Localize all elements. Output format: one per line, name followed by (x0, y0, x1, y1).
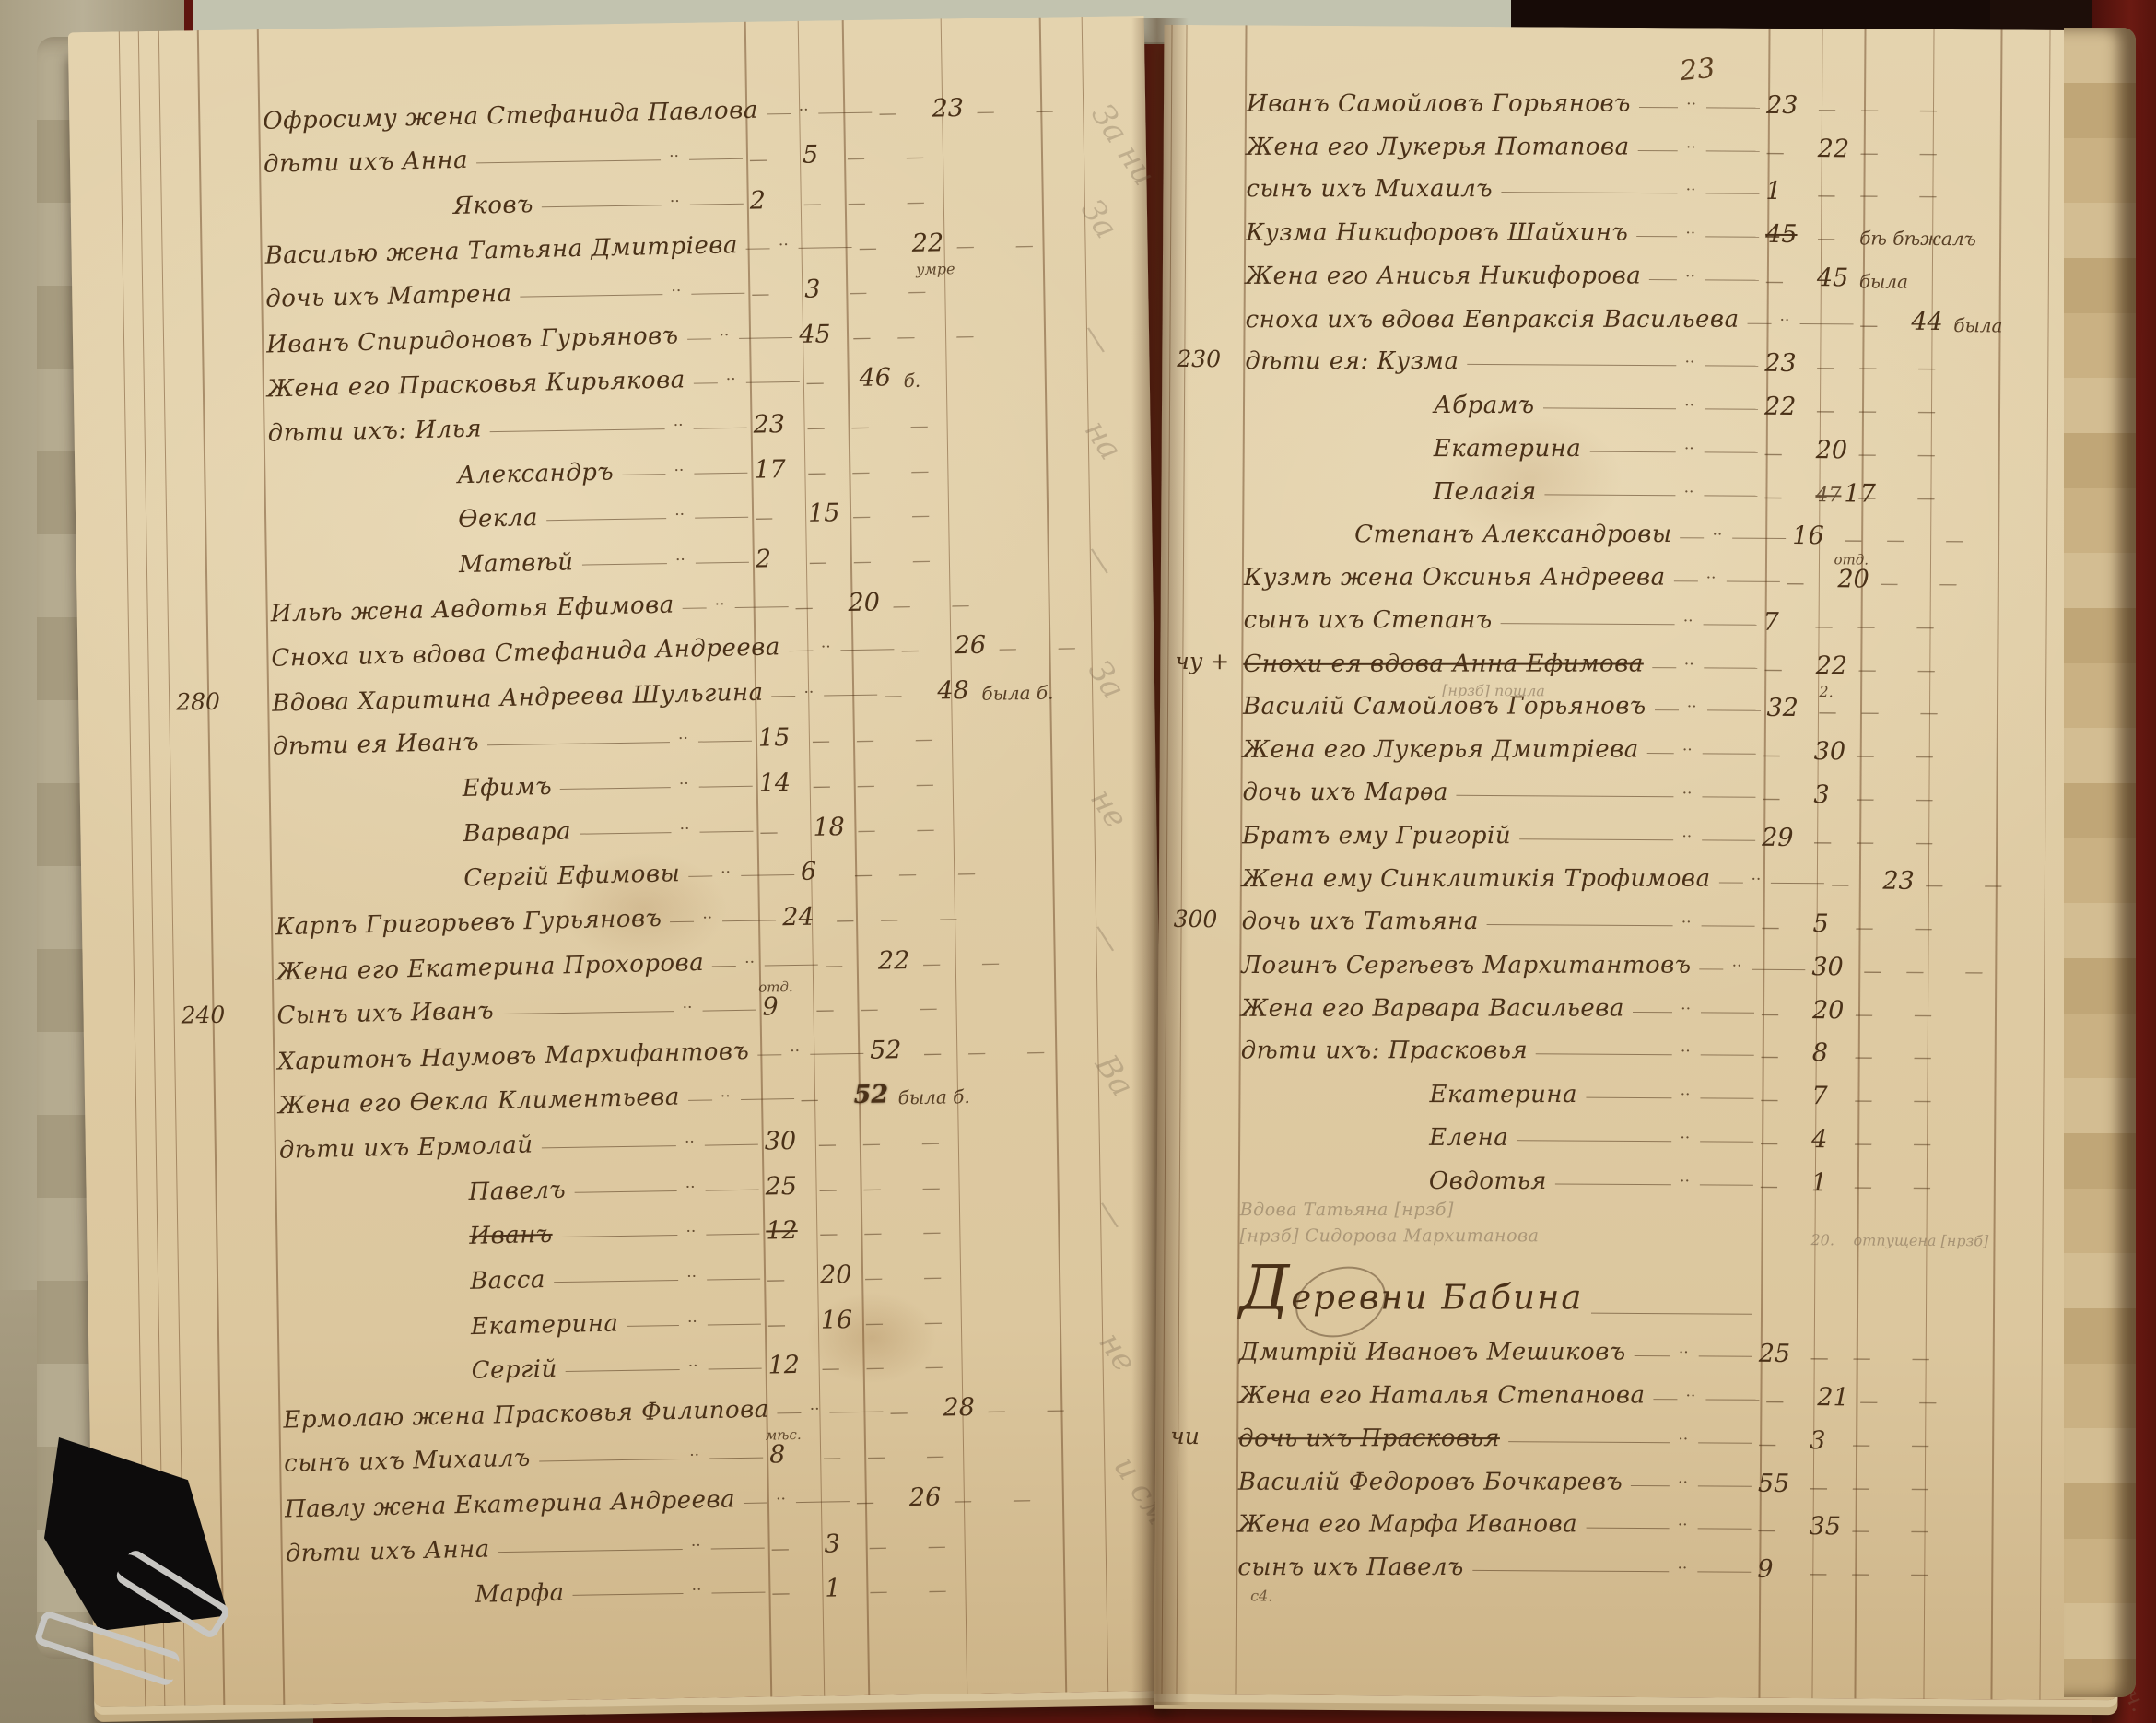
empty-cell-dash: — (976, 100, 994, 122)
dash-leader (1701, 1055, 1754, 1056)
dash-leader (1631, 1484, 1670, 1485)
empty-cell-dash: — (1762, 916, 1780, 938)
entry-name: Иванъ (469, 1221, 553, 1250)
ditto-dots: ·· (1732, 956, 1742, 975)
age-value: 29 (1762, 823, 1794, 851)
remark-cell: —— (862, 1174, 1060, 1204)
age-male-cell: — (767, 1312, 821, 1341)
age-value: 9 (762, 992, 779, 1021)
empty-cell-dash: — (1919, 99, 1938, 121)
empty-cell-dash: — (1035, 99, 1053, 121)
empty-cell-dash: — (1984, 874, 2002, 897)
dash-leader (1647, 753, 1674, 754)
empty-cell-dash: — (957, 861, 976, 884)
dash-leader (1700, 1141, 1753, 1142)
empty-cell-dash: — (767, 1313, 786, 1335)
age-value: 3 (1813, 780, 1829, 809)
empty-cell-dash: — (771, 1537, 790, 1559)
age-value: 52 (870, 1036, 902, 1065)
age-value: 46 (859, 364, 891, 393)
empty-cell-dash: — (805, 371, 824, 393)
empty-cell-dash: — (1911, 1519, 1929, 1541)
remark-cell: —— (1925, 873, 2063, 902)
dash-leader (706, 1189, 759, 1190)
ditto-dots: ·· (1751, 871, 1761, 889)
entry-name: Кузмѣ жена Оксинья Андреева (1244, 564, 1666, 592)
ditto-dots: ·· (1780, 311, 1790, 329)
dash-leader (1501, 192, 1678, 193)
remark-cell: —— (863, 1219, 1060, 1249)
entry-name: дѣти ихъ: Илья (267, 415, 482, 447)
ditto-dots: ·· (803, 683, 814, 701)
age-value: 28 (943, 1393, 975, 1423)
empty-cell-dash: — (1852, 1476, 1870, 1498)
entry-name-cell: дѣти ея: Кузма·· (1245, 347, 1764, 383)
age-male-cell: — (767, 1268, 820, 1296)
dash-leader (705, 1144, 758, 1146)
age-male-cell: — (801, 1087, 854, 1116)
dash-leader (739, 337, 792, 339)
empty-cell-dash: — (1918, 1390, 1937, 1412)
dash-leader (1705, 451, 1758, 452)
age-female-cell: — (836, 908, 880, 936)
ditto-dots: ·· (821, 638, 831, 656)
age-value: 6 (801, 858, 817, 886)
ditto-dots: ·· (721, 1088, 731, 1107)
empty-cell-dash: — (906, 146, 924, 168)
age-male-cell: — (771, 1581, 825, 1610)
empty-cell-dash: — (821, 1356, 839, 1378)
age-value: 8 (1812, 1038, 1828, 1067)
ditto-dots: ·· (1684, 396, 1694, 415)
empty-cell-dash: — (1046, 1398, 1064, 1420)
ditto-dots: ·· (1684, 655, 1694, 674)
entry-name: Жена его Лукерья Дмитріева (1243, 735, 1639, 763)
empty-cell-dash: — (1758, 1433, 1776, 1455)
age-female-cell: 21 (1817, 1383, 1859, 1417)
entry-name: дѣти ихъ Анна (285, 1535, 490, 1567)
age-value: 45 (1817, 264, 1849, 292)
age-female-cell: — (823, 1446, 867, 1474)
ledger-row: 230дѣти ея: Кузма··23——— (1171, 336, 2047, 385)
entry-name: дочь ихъ Матрена (265, 280, 512, 313)
age-male-cell: 30 (1811, 953, 1863, 987)
empty-cell-dash: — (1856, 916, 1874, 938)
entry-name: Матвѣй (459, 548, 574, 579)
dash-leader (1698, 1485, 1752, 1486)
age-male-cell: — (1758, 1433, 1810, 1460)
ditto-dots: ·· (671, 282, 681, 300)
empty-cell-dash: — (1914, 1046, 1932, 1068)
entry-name: Снохи ея вдова Анна Ефимова (1243, 650, 1644, 677)
empty-cell-dash: — (825, 954, 843, 976)
entry-name: Павелъ (468, 1176, 566, 1205)
remark-cell: —— (862, 1130, 1060, 1160)
age-value: 22 (1818, 135, 1850, 163)
entry-name-cell: Жена его Марфа Иванова·· (1237, 1510, 1757, 1546)
empty-cell-dash: — (1765, 270, 1784, 292)
dash-leader (699, 786, 753, 788)
remark-cell: —— (956, 231, 1154, 262)
empty-cell-dash: — (1761, 1002, 1779, 1024)
remark-cell: —— (1886, 529, 2024, 557)
entry-name-cell: Снохи ея вдова Анна Ефимова·· (1243, 649, 1764, 685)
empty-cell-dash: — (1809, 1562, 1827, 1584)
entry-name: Жена его Ѳекла Климентьева (278, 1084, 680, 1120)
empty-cell-dash: — (898, 862, 917, 885)
ditto-dots: ·· (1677, 1559, 1687, 1577)
age-female-cell: 30 (1814, 737, 1857, 771)
age-male-cell: 24 (782, 902, 837, 937)
entry-name: Павлу жена Екатерина Андреева (285, 1485, 736, 1523)
dash-leader (1487, 924, 1673, 926)
edge-column (1101, 389, 1134, 395)
remark-cell: —— (1859, 184, 1998, 213)
age-male-cell: — (751, 282, 804, 311)
empty-cell-dash: — (867, 1446, 885, 1468)
age-female-cell: 46 (859, 363, 904, 398)
binder-clip (26, 1401, 284, 1723)
entry-name-cell: Жена ему Синклитикія Трофимова·· (1242, 864, 1832, 901)
age-male-cell: — (1760, 1088, 1811, 1116)
entry-name: дочь ихъ Прасковья (1238, 1424, 1500, 1452)
age-male-cell: 17 (754, 454, 808, 489)
empty-cell-dash: — (999, 637, 1017, 659)
ditto-dots: ·· (685, 1223, 696, 1241)
dash-leader (741, 1098, 794, 1100)
entry-name-cell: сынъ ихъ Павелъ··с4. (1237, 1553, 1757, 1588)
age-value: 1 (1765, 177, 1781, 205)
dash-leader (490, 428, 665, 432)
age-male-cell: — (1763, 744, 1814, 771)
dash-leader (561, 1235, 678, 1237)
ditto-dots: ·· (1687, 698, 1697, 717)
age-female-cell: — (813, 774, 857, 803)
dash-leader (1543, 407, 1677, 409)
ditto-dots: ·· (688, 1357, 698, 1376)
ledger-row: сынъ ихъ Михаилъ··1——— (1172, 164, 2048, 213)
ditto-dots: ·· (674, 416, 684, 435)
empty-cell-dash: — (1912, 1347, 1930, 1369)
age-female-cell: 18 (813, 813, 858, 848)
entry-name: Жена его Наталья Степанова (1238, 1381, 1645, 1409)
age-female-cell: 3 (824, 1529, 869, 1564)
empty-cell-dash: — (851, 460, 870, 482)
entry-name: Жена ему Синклитикія Трофимова (1242, 865, 1711, 893)
entry-name: Карпъ Григорьевъ Гурьяновъ (275, 905, 662, 942)
dash-leader (687, 338, 711, 339)
age-value: 3 (824, 1530, 840, 1558)
entry-name: дѣти ея Иванъ (273, 729, 480, 761)
dash-leader (1705, 279, 1759, 280)
age-female-cell: 23 (932, 93, 977, 128)
edge-column (1090, 613, 1123, 619)
right-ledger-page: 23 Иванъ Самойловъ Горьяновъ··23———Жена … (1154, 25, 2127, 1700)
faded-margin-scribble: на (1077, 414, 1130, 467)
age-value: 12 (766, 1216, 798, 1246)
ledger-row: Дмитрій Ивановъ Мешиковъ··25——— (1166, 1327, 2042, 1376)
age-value: 30 (1811, 953, 1844, 981)
age-value: 22 (912, 229, 944, 258)
entry-name: Жена его Варвара Васильева (1241, 994, 1624, 1022)
entry-name: сноха ихъ вдова Евпраксія Васильева (1246, 305, 1740, 333)
entry-name-cell: дочь ихъ Татьяна·· (1241, 907, 1761, 943)
entry-name: сынъ ихъ Михаилъ (1246, 175, 1493, 203)
remark-cell: —— (1855, 1002, 1993, 1031)
entry-name: Сноха ихъ вдова Стефанида Андреева (271, 633, 780, 673)
empty-cell-dash: — (1766, 140, 1785, 162)
ditto-dots: ·· (675, 551, 685, 569)
remark-cell: —— (1855, 916, 1993, 944)
age-female-cell: — (1809, 1562, 1851, 1589)
dash-leader (1501, 623, 1675, 625)
age-value: 20 (848, 588, 880, 617)
dash-leader (757, 1054, 781, 1055)
entry-name-cell: [нрзб] Сидорова Мархитанова (1239, 1225, 1759, 1253)
age-male-cell: — (901, 638, 955, 666)
dash-leader (670, 921, 694, 922)
ledger-row: дочь ихъ Марѳа··—3—— (1168, 768, 2045, 816)
dash-leader (1639, 107, 1678, 108)
empty-cell-dash: — (1816, 356, 1834, 378)
entry-name-cell: Братъ ему Григорій·· (1242, 821, 1762, 857)
empty-cell-dash: — (1761, 1045, 1779, 1067)
age-female-cell: — (806, 416, 850, 444)
empty-cell-dash: — (922, 1221, 941, 1243)
empty-cell-dash: — (862, 1177, 881, 1199)
dash-leader (1705, 667, 1758, 668)
empty-cell-dash: — (889, 1401, 908, 1423)
dash-leader (694, 428, 747, 429)
dash-leader (1649, 279, 1677, 280)
empty-cell-dash: — (1764, 442, 1783, 464)
entry-name: [нрзб] Сидорова Мархитанова (1240, 1225, 1540, 1246)
dash-leader (554, 1280, 678, 1283)
dash-leader (1706, 150, 1760, 151)
empty-cell-dash: — (1919, 141, 1938, 163)
empty-cell-dash: — (1855, 1046, 1873, 1068)
age-value: 30 (765, 1127, 797, 1156)
ledger-row: Жена его Лукерья Потапова··—22—— (1173, 122, 2049, 170)
ditto-dots: ·· (779, 236, 789, 254)
photo-of-open-ledger: Офросиму жена Стефанида Павлова··—23——дѣ… (0, 0, 2156, 1723)
empty-cell-dash: — (751, 282, 769, 304)
empty-cell-dash: — (910, 459, 929, 481)
remark-cell: —— (864, 1263, 1061, 1294)
ditto-dots: ·· (686, 1268, 697, 1286)
dash-leader (694, 383, 718, 384)
ditto-dots: ·· (1686, 95, 1696, 113)
entry-name: Жена его Екатерина Прохорова (276, 948, 705, 986)
remark-cell: —— (1854, 1131, 1992, 1160)
dash-leader (744, 1503, 767, 1504)
remark-cell: —— (865, 1308, 1062, 1339)
age-value: 30 (1814, 737, 1846, 766)
dash-leader (1536, 1054, 1672, 1056)
age-male-cell: — (755, 506, 808, 534)
empty-cell-dash: — (863, 1222, 882, 1244)
dash-leader (1705, 408, 1758, 409)
empty-cell-dash: — (1915, 830, 1933, 852)
dash-leader (1719, 883, 1743, 884)
empty-cell-dash: — (1831, 873, 1849, 896)
age-value: 52 (853, 1081, 888, 1110)
remark-cell: —— (922, 949, 1119, 979)
dash-leader (699, 830, 753, 832)
entry-name: Иванъ Самойловъ Горьяновъ (1247, 89, 1631, 117)
age-female-cell: — (819, 1222, 863, 1250)
dash-leader (1752, 968, 1805, 969)
dash-leader (627, 1325, 679, 1327)
entry-name: дочь ихъ Марѳа (1242, 779, 1447, 806)
dash-leader (521, 294, 663, 297)
dash-leader (1472, 1570, 1670, 1572)
remark-cell: отпущена [нрзб] (1853, 1231, 1991, 1255)
dash-leader (1700, 1097, 1753, 1098)
entry-name: Вдова Татьяна [нрзб] (1240, 1199, 1454, 1219)
age-male-cell: — (1764, 657, 1816, 685)
age-value: 12 (767, 1351, 800, 1380)
empty-cell-dash: — (924, 1310, 943, 1332)
dash-leader (539, 1459, 682, 1461)
dash-leader (1698, 1529, 1752, 1530)
empty-cell-dash: — (1855, 1002, 1873, 1025)
age-female-cell: 22 (1818, 135, 1860, 169)
age-female-cell: — (809, 550, 853, 579)
remark-cell: —— (1859, 1389, 1998, 1418)
remark-cell: была б. (898, 1084, 1096, 1114)
dash-leader (1635, 1355, 1670, 1356)
age-female-cell: 23 (1882, 867, 1925, 901)
age-female-cell: 45 (1817, 264, 1859, 298)
dash-leader (1699, 1356, 1752, 1357)
dash-leader (498, 1549, 683, 1553)
entry-name: Сергій Ефимовы (463, 860, 681, 892)
ditto-dots: ·· (1685, 267, 1695, 286)
empty-cell-dash: — (1917, 357, 1936, 379)
age-value: 21 (1817, 1383, 1849, 1412)
empty-cell-dash: — (1939, 572, 1957, 594)
ditto-dots: ·· (702, 908, 712, 927)
age-male-cell: — (1760, 1131, 1811, 1159)
dash-leader (691, 293, 744, 295)
ledger-row: Кузма Никифоровъ Шайхинъ··45—бѣ бѣжалъ (1172, 207, 2048, 256)
empty-cell-dash: — (856, 1491, 874, 1513)
ledger-row: Василій Федоровъ Бочкаревъ··55——— (1165, 1457, 2041, 1506)
age-value: 14 (758, 768, 791, 798)
dash-leader (582, 563, 668, 565)
dash-leader (1652, 667, 1676, 668)
age-male-cell: — (878, 100, 932, 129)
remark-cell: —— (1905, 960, 2044, 989)
age-value: 7 (1811, 1082, 1827, 1110)
ledger-row: дѣти ихъ: Прасковья··—8—— (1167, 1026, 2044, 1074)
age-female-cell: 4 (1811, 1125, 1854, 1159)
age-male-cell: 9 (1757, 1555, 1809, 1589)
age-value: 3 (1810, 1426, 1825, 1455)
household-number: 240 (175, 1001, 277, 1037)
remark-cell: б. (903, 367, 1100, 397)
empty-cell-dash: — (1015, 233, 1034, 255)
dash-leader (694, 472, 747, 474)
ledger-row: сноха ихъ вдова Евпраксія Васильева··—44… (1171, 294, 2047, 343)
remark-cell: —— (848, 189, 1045, 219)
dash-leader (707, 1279, 760, 1281)
entry-name-cell: Дмитрій Ивановъ Мешиковъ·· (1239, 1338, 1759, 1374)
empty-cell-dash: — (1857, 615, 1875, 637)
empty-cell-dash: — (1817, 183, 1835, 205)
remark-cell: —— (857, 815, 1054, 846)
ditto-dots: ·· (679, 819, 689, 838)
empty-cell-dash: — (849, 281, 867, 303)
age-male-cell: 29 (1762, 823, 1813, 857)
dash-leader (1680, 538, 1704, 539)
empty-cell-dash: — (1810, 1476, 1828, 1498)
age-male-cell: — (1831, 873, 1882, 901)
dash-leader (1704, 624, 1757, 625)
age-male-cell: — (856, 1490, 909, 1518)
empty-cell-dash: — (1914, 917, 1932, 939)
entry-name: Екатерина (471, 1309, 619, 1341)
dash-leader (1517, 1140, 1671, 1142)
age-value: 5 (1813, 909, 1829, 938)
dash-leader (799, 246, 852, 248)
empty-cell-dash: — (901, 639, 920, 661)
dash-leader (1698, 1442, 1752, 1443)
ditto-dots: ·· (678, 730, 688, 748)
dash-leader (1704, 495, 1757, 496)
age-value: 55 (1758, 1469, 1790, 1497)
age-female-cell: 3 (1813, 780, 1856, 815)
dash-leader (722, 920, 776, 921)
age-female-cell: 16 (821, 1305, 866, 1340)
empty-cell-dash: — (939, 907, 957, 929)
empty-cell-dash: — (955, 324, 974, 346)
dash-leader (778, 1412, 802, 1413)
dash-leader (580, 832, 672, 835)
empty-cell-dash: — (806, 416, 825, 438)
dash-leader (1655, 709, 1679, 710)
age-female-cell: 4717 (1815, 479, 1857, 513)
age-male-cell: — (1761, 1002, 1812, 1029)
age-male-cell: 1 (1765, 177, 1817, 211)
entry-name: Василью жена Татьяна Дмитріева (264, 231, 738, 270)
ditto-dots: ·· (1681, 827, 1692, 846)
entry-name-cell: Деревни Бабина (1239, 1250, 1760, 1330)
age-value: 1 (825, 1575, 841, 1603)
ledger-row: 300дочь ихъ Татьяна··—5—— (1167, 897, 2044, 945)
entry-name: Александръ (457, 458, 614, 489)
age-male-cell: 6 (801, 857, 855, 892)
ditto-dots: ·· (776, 1490, 786, 1508)
dash-leader (1633, 1011, 1672, 1012)
age-value: 23 (1766, 91, 1799, 120)
ditto-dots: ·· (1685, 1387, 1695, 1405)
entry-name: Жена его Прасковья Кирьякова (267, 367, 686, 404)
remark-cell: —— (1854, 1175, 1992, 1203)
empty-cell-dash: — (919, 997, 937, 1019)
empty-cell-dash: — (921, 1176, 940, 1198)
age-value: 26 (954, 631, 986, 661)
remark-cell: —— (1858, 442, 1997, 471)
empty-cell-dash: — (1964, 960, 1983, 982)
age-male-cell: 23 (1764, 349, 1816, 383)
dash-leader (1591, 1312, 1752, 1314)
ditto-dots: ·· (1681, 1085, 1691, 1104)
remark-cell: —— (1851, 1519, 1989, 1548)
empty-cell-dash: — (803, 192, 822, 214)
empty-cell-dash: — (1860, 701, 1879, 723)
